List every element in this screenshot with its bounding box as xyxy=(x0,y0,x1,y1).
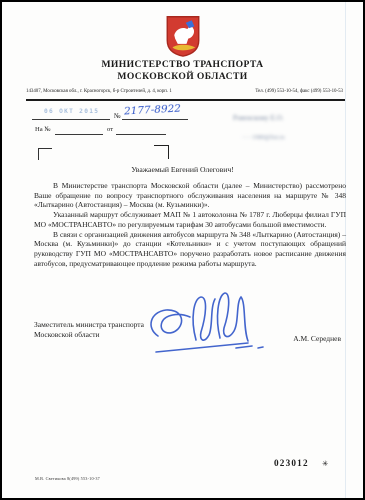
signatory-position-line1: Заместитель министра транспорта xyxy=(34,320,144,330)
ministry-title-line1: МИНИСТЕРСТВО ТРАНСПОРТА xyxy=(2,59,363,71)
date-stamp: 06 ОКТ 2015 xyxy=(44,108,99,115)
body-paragraph: В связи с организацией движения автобусо… xyxy=(34,230,346,269)
letterhead-contact-row: 143407, Московская обл., г. Красногорск,… xyxy=(26,89,343,94)
moscow-region-coat-of-arms-icon xyxy=(165,15,200,62)
letterhead-address: 143407, Московская обл., г. Красногорск,… xyxy=(26,89,172,94)
executor-contact: М.В. Светикова 8(499) 553-10-37 xyxy=(35,476,100,481)
reply-number-underline xyxy=(55,134,103,135)
body-paragraph: Указанный маршрут обслуживает МАП № 1 ав… xyxy=(34,210,346,229)
address-corner-mark-right xyxy=(154,145,169,159)
reply-number-label: На № xyxy=(35,126,51,133)
number-underline xyxy=(122,119,188,120)
addressee-email-blurred: ·····1980@list.ru xyxy=(242,134,285,141)
address-corner-mark-left xyxy=(38,148,52,160)
document-barcode-number: 023012 xyxy=(274,458,309,468)
signatory-name: А.М. Середнев xyxy=(293,334,341,343)
number-label: № xyxy=(114,112,121,120)
date-underline xyxy=(32,119,110,120)
handwritten-signature-icon xyxy=(138,288,272,368)
letter-page: МИНИСТЕРСТВО ТРАНСПОРТА МОСКОВСКОЙ ОБЛАС… xyxy=(0,0,365,500)
handwritten-number: 2177-8922 xyxy=(124,103,182,118)
reply-from-underline xyxy=(116,134,166,135)
reply-from-label: от xyxy=(107,126,113,133)
letter-body: В Министерстве транспорта Московской обл… xyxy=(34,181,346,268)
addressee-name-blurred: Ровенскому Е.О. xyxy=(233,114,284,122)
signatory-position-line2: Московской области xyxy=(34,330,144,340)
signatory-position: Заместитель министра транспорта Московск… xyxy=(34,320,144,339)
header-divider xyxy=(26,99,345,101)
body-paragraph: В Министерстве транспорта Московской обл… xyxy=(34,181,346,210)
ministry-title: МИНИСТЕРСТВО ТРАНСПОРТА МОСКОВСКОЙ ОБЛАС… xyxy=(2,59,363,82)
letterhead-phone: Тел. (499) 553-10-54, факс (499) 553-10-… xyxy=(255,89,343,94)
ministry-title-line2: МОСКОВСКОЙ ОБЛАСТИ xyxy=(2,71,363,83)
print-mark-icon: ✳ xyxy=(322,459,328,468)
salutation: Уважаемый Евгений Олегович! xyxy=(2,165,363,174)
